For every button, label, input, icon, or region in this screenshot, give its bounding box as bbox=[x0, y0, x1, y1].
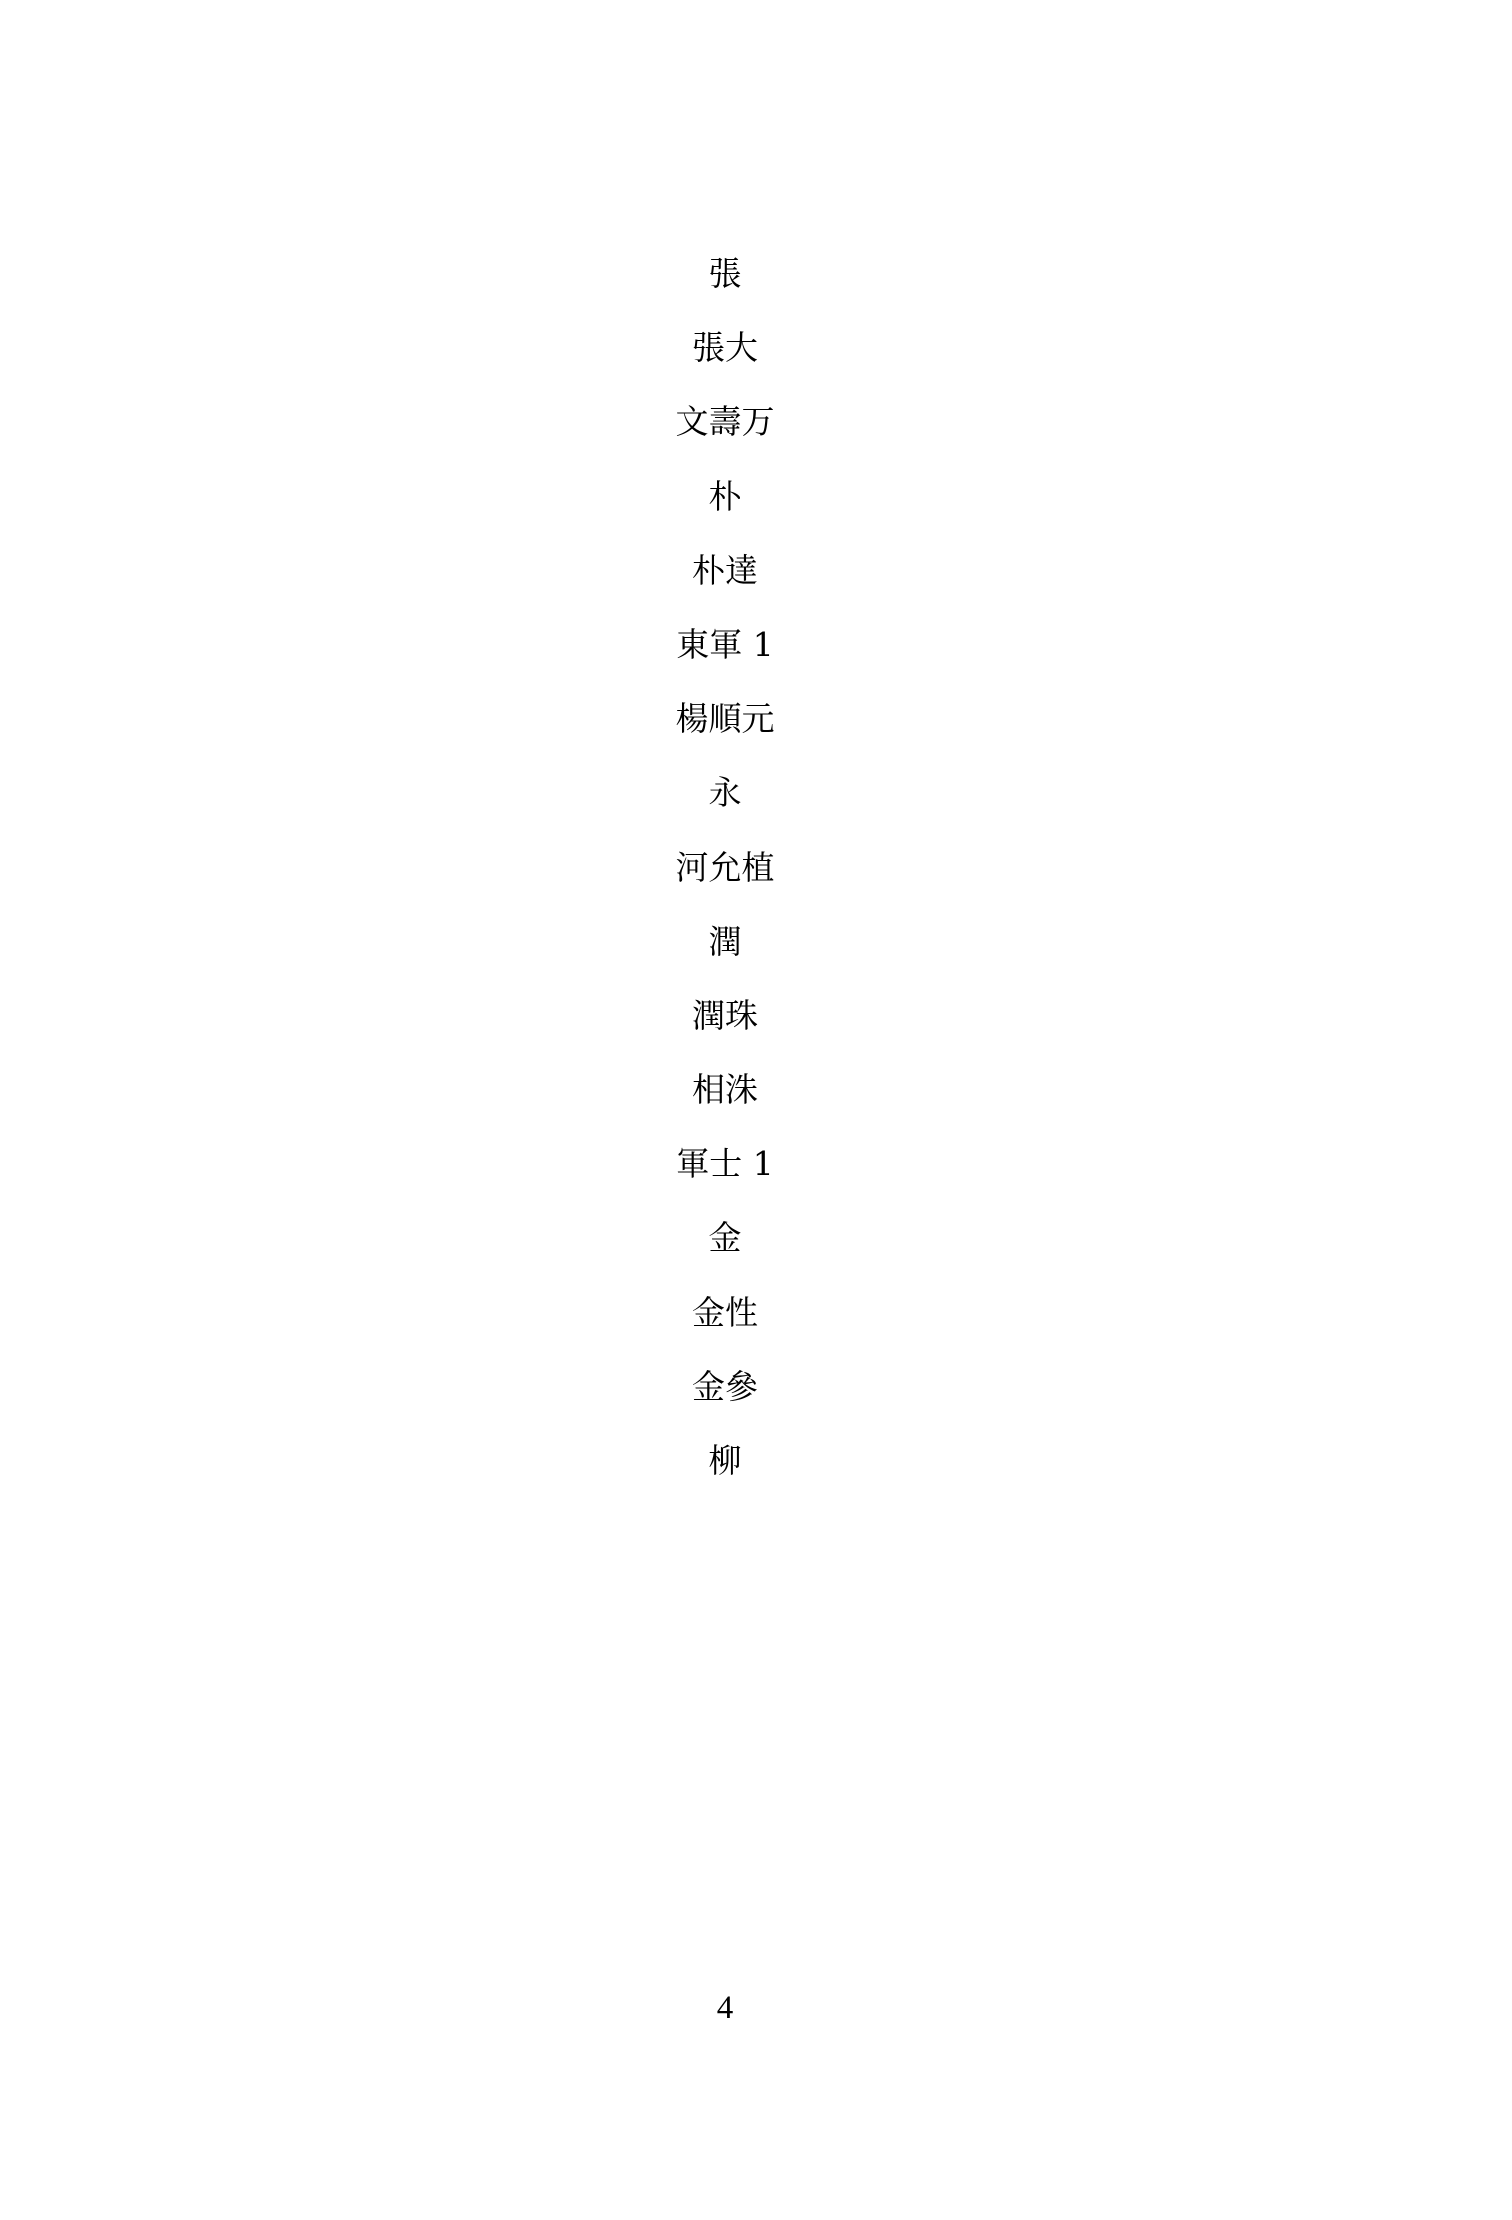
list-item: 柳 bbox=[0, 1439, 1450, 1513]
list-item: 軍士 1 bbox=[0, 1142, 1450, 1216]
list-item: 潤 bbox=[0, 920, 1450, 994]
list-item: 金性 bbox=[0, 1291, 1450, 1365]
list-item: 文壽万 bbox=[0, 400, 1450, 474]
list-item: 朴 bbox=[0, 475, 1450, 549]
list-item: 潤珠 bbox=[0, 994, 1450, 1068]
list-item: 永 bbox=[0, 771, 1450, 845]
list-item: 金 bbox=[0, 1216, 1450, 1290]
name-list: 張 張大 文壽万 朴 朴達 東軍 1 楊順元 永 河允植 潤 潤珠 相洙 軍士 … bbox=[0, 252, 1450, 1513]
list-item: 金參 bbox=[0, 1365, 1450, 1439]
list-item: 朴達 bbox=[0, 549, 1450, 623]
list-item: 張 bbox=[0, 252, 1450, 326]
page-number: 4 bbox=[0, 1988, 1450, 2028]
list-item: 張大 bbox=[0, 326, 1450, 400]
list-item: 楊順元 bbox=[0, 697, 1450, 771]
list-item: 河允植 bbox=[0, 846, 1450, 920]
list-item: 相洙 bbox=[0, 1068, 1450, 1142]
list-item: 東軍 1 bbox=[0, 623, 1450, 697]
document-page: 張 張大 文壽万 朴 朴達 東軍 1 楊順元 永 河允植 潤 潤珠 相洙 軍士 … bbox=[0, 0, 1512, 2220]
